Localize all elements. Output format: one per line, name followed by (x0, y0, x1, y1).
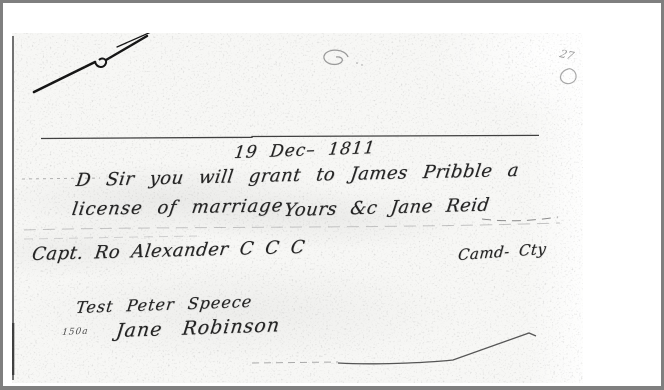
document-scan-region: 19 Dec– 1811 D Sir you will grant to Jam… (12, 33, 583, 383)
corner-page-mark: 27 (558, 48, 575, 61)
fold-crease-line (24, 223, 560, 230)
margin-note: 150a (62, 328, 89, 338)
closing-line: Yours &c Jane Reid (283, 197, 491, 220)
license-line: license of marriage (71, 197, 285, 219)
fold-crease-line-2 (24, 236, 197, 239)
pen-flourish-mark (34, 62, 95, 92)
pencil-dot-mark (356, 62, 358, 64)
ruled-line (41, 135, 539, 138)
pen-flourish-loop (95, 59, 106, 67)
pen-flourish-tail (106, 36, 147, 60)
bottom-crease-faint (252, 362, 338, 363)
place-line: Camd- Cty (457, 242, 547, 263)
corner-circle-mark (561, 69, 577, 84)
signature-line: Jane Robinson (115, 316, 281, 341)
bottom-crease-line (338, 333, 536, 364)
officer-line: Capt. Ro Alexander C C C (31, 239, 306, 264)
trailing-flourish-line (482, 217, 558, 221)
date-line: 19 Dec– 1811 (233, 140, 376, 162)
pen-flourish-double-line (117, 33, 151, 47)
pencil-scribble-mark (324, 50, 348, 64)
request-line: D Sir you will grant to James Pribble a (75, 162, 520, 190)
pencil-dot-mark (361, 64, 362, 65)
scanned-document-page: 19 Dec– 1811 D Sir you will grant to Jam… (0, 0, 664, 390)
witness-line: Test Peter Speece (75, 294, 253, 316)
